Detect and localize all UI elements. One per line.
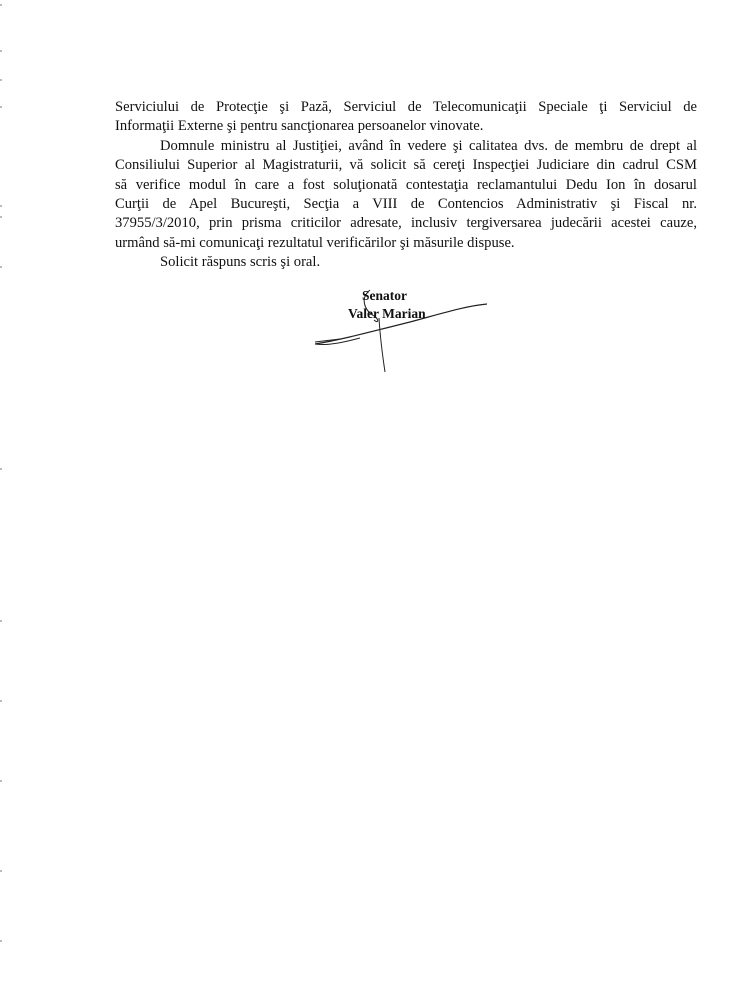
body-line: Informaţii Externe şi pentru sancţionare… <box>115 117 697 136</box>
signatory-name: Valer Marian <box>348 306 426 322</box>
scan-margin-mark <box>0 266 2 268</box>
scan-margin-mark <box>0 4 2 6</box>
signature-block: Senator Valer Marian <box>300 280 510 380</box>
signatory-title: Senator <box>362 288 407 304</box>
body-line: Consiliului Superior al Magistraturii, v… <box>115 156 697 175</box>
body-line: Curţii de Apel Bucureşti, Secţia a VIII … <box>115 195 697 214</box>
scan-margin-mark <box>0 216 2 218</box>
letter-body: Serviciului de Protecţie şi Pază, Servic… <box>115 98 697 273</box>
body-line: Serviciului de Protecţie şi Pază, Servic… <box>115 98 697 117</box>
scan-margin-mark <box>0 780 2 782</box>
scan-margin-mark <box>0 870 2 872</box>
scan-margin-mark <box>0 106 2 108</box>
document-page: Serviciului de Protecţie şi Pază, Servic… <box>0 0 745 997</box>
scan-margin-mark <box>0 700 2 702</box>
scan-margin-mark <box>0 50 2 52</box>
body-line: 37955/3/2010, prin prisma criticilor adr… <box>115 214 697 233</box>
closing-request: Solicit răspuns scris şi oral. <box>115 253 697 272</box>
scan-margin-mark <box>0 940 2 942</box>
scan-margin-mark <box>0 79 2 81</box>
body-line: urmând să-mi comunicaţi rezultatul verif… <box>115 234 697 253</box>
scan-margin-mark <box>0 468 2 470</box>
body-line: Domnule ministru al Justiţiei, având în … <box>115 137 697 156</box>
scan-margin-mark <box>0 620 2 622</box>
body-line: să verifice modul în care a fost soluţio… <box>115 176 697 195</box>
scan-margin-mark <box>0 205 2 207</box>
